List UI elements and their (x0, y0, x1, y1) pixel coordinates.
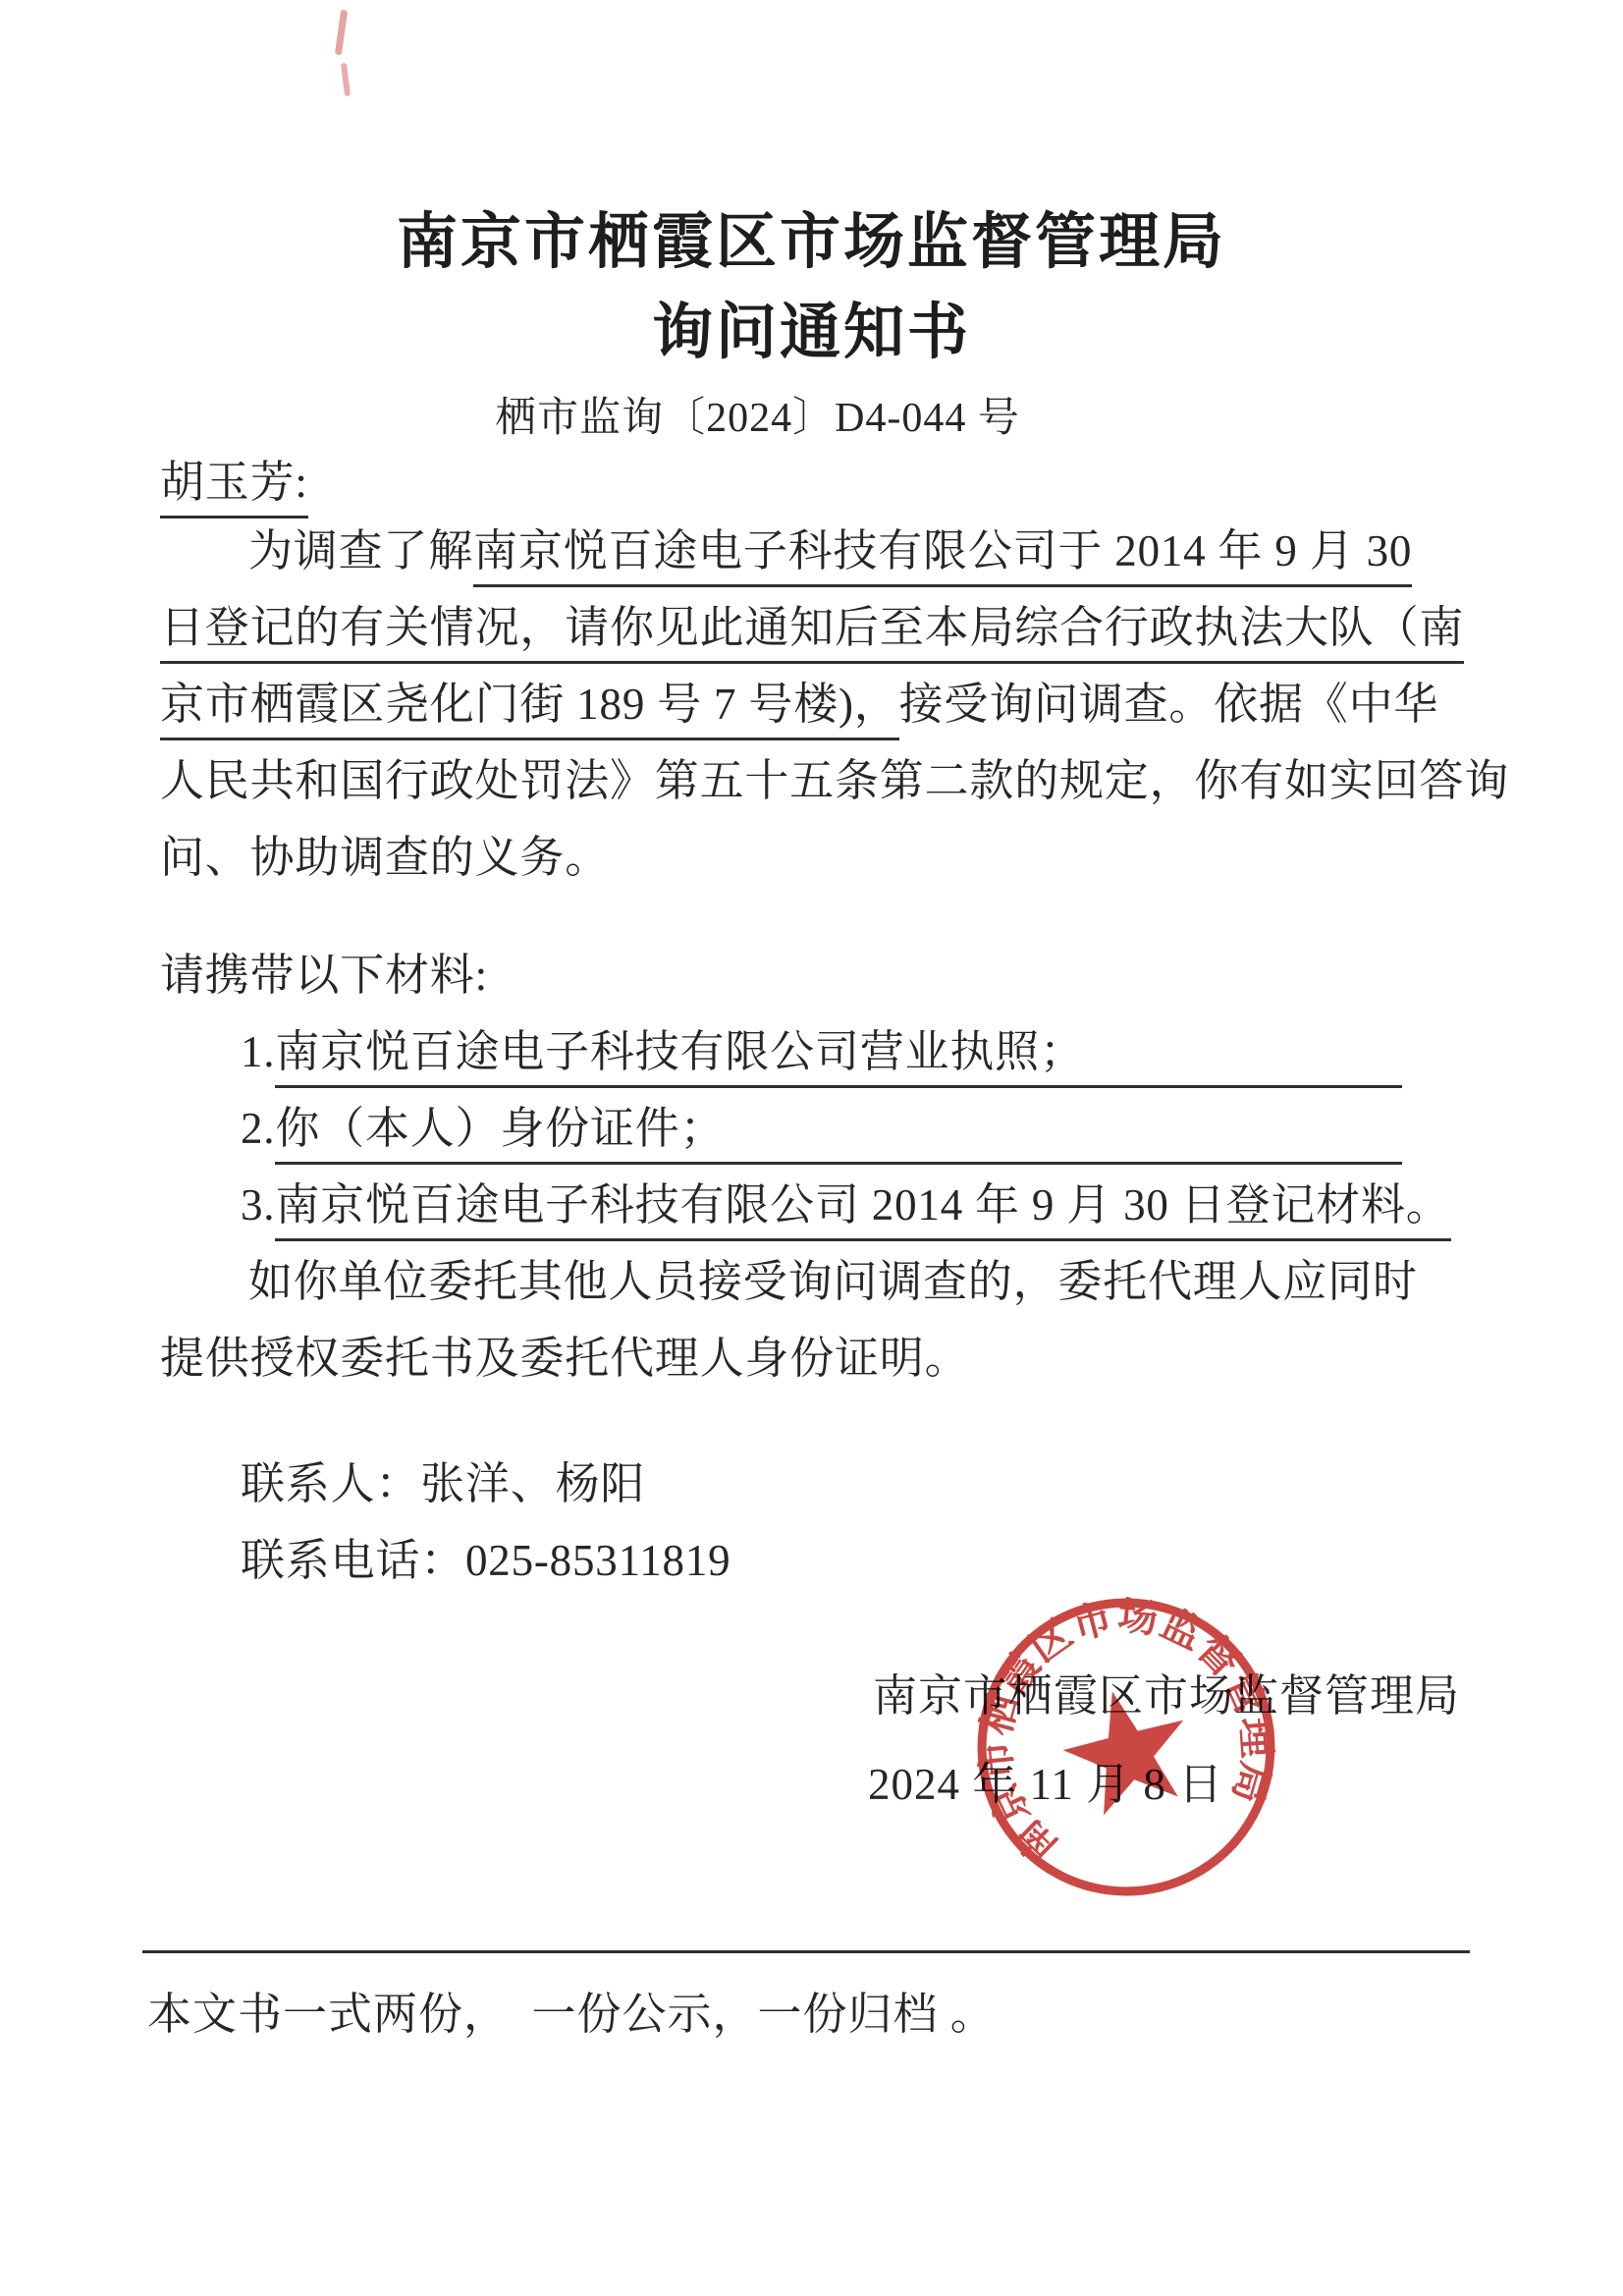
materials-list: 1.南京悦百途电子科技有限公司营业执照；2.你（本人）身份证件；3.南京悦百途电… (160, 1013, 1466, 1243)
addressee: 胡玉芳: (160, 444, 1466, 520)
text-segment: 2. (241, 1099, 275, 1158)
footer-note: 本文书一式两份， 一份公示，一份归档 。 (147, 1980, 1522, 2049)
paragraph-investigation: 为调查了解南京悦百途电子科技有限公司于 2014 年 9 月 30日登记的有关情… (160, 513, 1466, 896)
text-segment: 如你单位委托其他人员接受询问调查的，委托代理人应同时 (248, 1252, 1418, 1311)
paragraph-delegation: 如你单位委托其他人员接受询问调查的，委托代理人应同时提供授权委托书及委托代理人身… (160, 1243, 1466, 1396)
underlined-text: 日登记的有关情况，请你见此通知后至本局综合行政执法大队（南 (160, 598, 1464, 664)
text-line: 如你单位委托其他人员接受询问调查的，委托代理人应同时 (160, 1243, 1466, 1320)
underlined-text: 南京悦百途电子科技有限公司营业执照； (275, 1022, 1402, 1088)
underlined-text: 南京悦百途电子科技有限公司于 2014 年 9 月 30 (473, 521, 1412, 587)
red-scan-artifact (341, 63, 351, 96)
underlined-text: 京市栖霞区尧化门街 189 号 7 号楼)， (160, 675, 899, 740)
text-line: 1.南京悦百途电子科技有限公司营业执照； (241, 1013, 1466, 1090)
official-seal: 南京市栖霞区市场监督管理局 (935, 1556, 1318, 1939)
doc-number: 栖市监询〔2024〕D4-044 号 (0, 385, 1569, 444)
text-segment: 问、协助调查的义务。 (160, 828, 610, 887)
star-icon (1053, 1676, 1202, 1821)
text-line: 为调查了解南京悦百途电子科技有限公司于 2014 年 9 月 30 (160, 513, 1466, 589)
materials-intro-text: 请携带以下材料: (160, 946, 488, 1005)
text-segment: 人民共和国行政处罚法》第五十五条第二款的规定，你有如实回答询 (160, 751, 1509, 810)
page-subtitle: 询问通知书 (0, 283, 1623, 370)
text-segment: 为调查了解 (248, 521, 473, 580)
contact-phone-line: 联系电话：025-85311819 (241, 1522, 1546, 1599)
scanned-official-document: 南京市栖霞区市场监督管理局 询问通知书 栖市监询〔2024〕D4-044 号 胡… (0, 0, 1623, 2296)
underlined-text: 你（本人）身份证件； (275, 1099, 1402, 1165)
underlined-text: 南京悦百途电子科技有限公司 2014 年 9 月 30 日登记材料。 (275, 1175, 1450, 1241)
page-title: 南京市栖霞区市场监督管理局 (0, 192, 1623, 280)
text-line: 问、协助调查的义务。 (160, 819, 1466, 896)
materials-intro: 请携带以下材料: (160, 937, 1466, 1013)
text-line: 2.你（本人）身份证件； (241, 1090, 1466, 1167)
text-segment: 提供授权委托书及委托代理人身份证明。 (160, 1329, 969, 1388)
text-line: 3.南京悦百途电子科技有限公司 2014 年 9 月 30 日登记材料。 (241, 1167, 1466, 1243)
text-line: 人民共和国行政处罚法》第五十五条第二款的规定，你有如实回答询 (160, 742, 1466, 819)
red-scan-artifact (335, 10, 348, 56)
contact-block: 联系人：张洋、杨阳 联系电话：025-85311819 (160, 1446, 1546, 1599)
footer-divider (142, 1950, 1470, 1953)
contact-person-line: 联系人：张洋、杨阳 (241, 1446, 1546, 1522)
text-segment: 接受询问调查。依据《中华 (899, 675, 1439, 734)
text-segment: 3. (241, 1175, 275, 1234)
text-line: 京市栖霞区尧化门街 189 号 7 号楼)，接受询问调查。依据《中华 (160, 666, 1466, 742)
text-line: 提供授权委托书及委托代理人身份证明。 (160, 1320, 1466, 1396)
text-line: 日登记的有关情况，请你见此通知后至本局综合行政执法大队（南 (160, 589, 1466, 666)
addressee-name: 胡玉芳: (160, 453, 308, 519)
text-segment: 1. (241, 1022, 275, 1081)
